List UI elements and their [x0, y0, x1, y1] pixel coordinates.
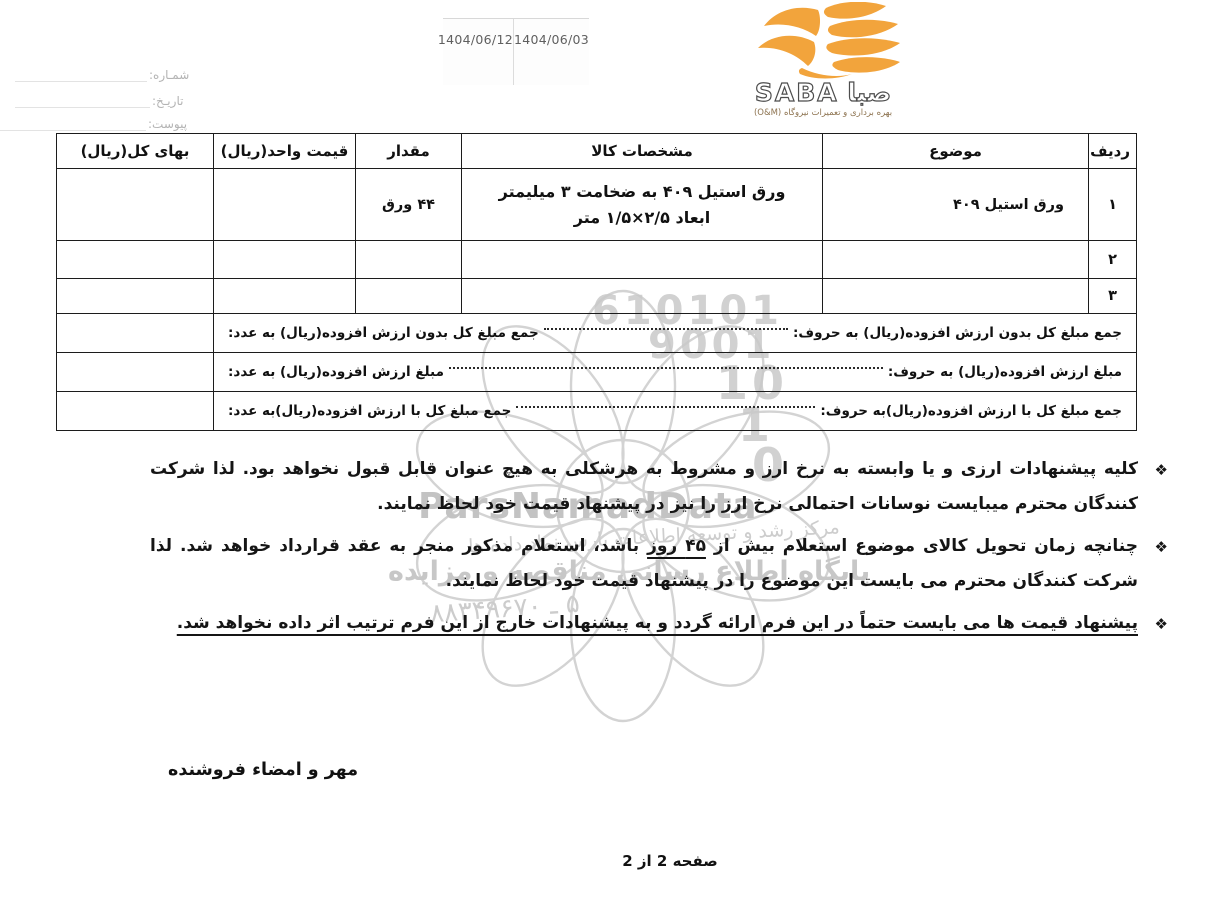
- note-currency-terms: ❖ کلیه پیشنهادات ارزی و یا وابسته به نرخ…: [150, 452, 1170, 522]
- sum-number-label: جمع مبلغ کل بدون ارزش افزوده(ریال) به عد…: [228, 325, 539, 341]
- diamond-bullet-icon: ❖: [1155, 453, 1168, 488]
- table-row: ۲: [57, 241, 1137, 279]
- subject-cell: [823, 279, 1089, 314]
- total-price-cell: [57, 241, 214, 279]
- qty-cell: [356, 241, 462, 279]
- saba-logo: صبا SABA بهره برداری و تعمیرات نیروگاه (…: [718, 2, 928, 118]
- unit-price-cell: [214, 241, 356, 279]
- saba-wings-icon: [738, 2, 908, 80]
- qty-cell: [356, 279, 462, 314]
- date-boxes: 1404/06/03 1404/06/12: [443, 18, 589, 85]
- summary-label-cell: جمع مبلغ کل بدون ارزش افزوده(ریال) به حر…: [214, 314, 1137, 353]
- sum-words-label: مبلغ ارزش افزوده(ریال) به حروف:: [888, 364, 1122, 380]
- sum-number-label: مبلغ ارزش افزوده(ریال) به عدد:: [228, 364, 444, 380]
- note-form-terms: ❖ پیشنهاد قیمت ها می بایست حتماً در این …: [150, 606, 1170, 641]
- col-subject: موضوع: [823, 134, 1089, 169]
- specs-cell: ورق استیل ۴۰۹ به ضخامت ۳ میلیمتر ابعاد ۲…: [462, 169, 823, 241]
- number-label: شمـاره:: [149, 68, 189, 82]
- saba-latin: SABA: [755, 78, 839, 107]
- summary-label-cell: مبلغ ارزش افزوده(ریال) به حروف: مبلغ ارز…: [214, 353, 1137, 392]
- date-cell-right: 1404/06/03: [513, 19, 589, 85]
- note-underlined: پیشنهاد قیمت ها می بایست حتماً در این فر…: [177, 613, 1138, 633]
- dotted-leader: [449, 367, 883, 369]
- total-price-cell: [57, 279, 214, 314]
- note-delivery-terms: ❖ چنانچه زمان تحویل کالای موضوع استعلام …: [150, 529, 1170, 599]
- summary-value-cell: [57, 353, 214, 392]
- unit-price-cell: [214, 279, 356, 314]
- specs-line2: ابعاد ۲/۵×۱/۵ متر: [468, 205, 816, 231]
- col-qty: مقدار: [356, 134, 462, 169]
- row-number-cell: ۱: [1089, 169, 1137, 241]
- unit-price-cell: [214, 169, 356, 241]
- total-price-cell: [57, 169, 214, 241]
- table-row: ۱ ورق استیل ۴۰۹ ورق استیل ۴۰۹ به ضخامت ۳…: [57, 169, 1137, 241]
- number-line: [15, 81, 147, 82]
- col-specs: مشخصات کالا: [462, 134, 823, 169]
- seller-signature-label: مهر و امضاء فروشنده: [168, 760, 358, 780]
- attachment-line: [0, 130, 146, 131]
- table-row: ۳: [57, 279, 1137, 314]
- register-block: شمـاره: تاريـخ: پیوست:: [0, 0, 230, 140]
- diamond-bullet-icon: ❖: [1155, 607, 1168, 642]
- sum-words-label: جمع مبلغ کل با ارزش افزوده(ریال)به حروف:: [820, 403, 1122, 419]
- saba-subtitle: بهره برداری و تعمیرات نیروگاه (O&M): [718, 108, 928, 118]
- sum-number-label: جمع مبلغ کل با ارزش افزوده(ریال)به عدد:: [228, 403, 511, 419]
- summary-row-with-vat: جمع مبلغ کل با ارزش افزوده(ریال)به حروف:…: [57, 392, 1137, 431]
- qty-cell: ۴۴ ورق: [356, 169, 462, 241]
- sum-words-label: جمع مبلغ کل بدون ارزش افزوده(ریال) به حر…: [793, 325, 1122, 341]
- specs-cell: [462, 279, 823, 314]
- subject-cell: [823, 241, 1089, 279]
- subject-cell: ورق استیل ۴۰۹: [823, 169, 1089, 241]
- note-text: کلیه پیشنهادات ارزی و یا وابسته به نرخ ا…: [150, 459, 1138, 514]
- note-text: چنانچه زمان تحویل کالای موضوع استعلام بی…: [706, 536, 1138, 556]
- dotted-leader: [516, 406, 815, 408]
- summary-value-cell: [57, 314, 214, 353]
- dotted-leader: [544, 328, 788, 330]
- page-number: صفحه 2 از 2: [570, 852, 770, 870]
- row-number-cell: ۳: [1089, 279, 1137, 314]
- document-page: 610101 9001 10 1 0 ParsNamadData مرکز رش…: [0, 0, 1213, 923]
- summary-value-cell: [57, 392, 214, 431]
- col-unit-price: قیمت واحد(ریال): [214, 134, 356, 169]
- col-row-number: ردیف: [1089, 134, 1137, 169]
- saba-wordmark: صبا SABA: [718, 78, 928, 107]
- attachment-label: پیوست:: [148, 117, 187, 131]
- date-label: تاريـخ:: [152, 94, 183, 108]
- date-cell-left: 1404/06/12: [438, 19, 513, 85]
- summary-label-cell: جمع مبلغ کل با ارزش افزوده(ریال)به حروف:…: [214, 392, 1137, 431]
- terms-notes: ❖ کلیه پیشنهادات ارزی و یا وابسته به نرخ…: [150, 452, 1170, 648]
- saba-arabic: صبا: [847, 78, 891, 107]
- summary-row-without-vat: جمع مبلغ کل بدون ارزش افزوده(ریال) به حر…: [57, 314, 1137, 353]
- row-number-cell: ۲: [1089, 241, 1137, 279]
- diamond-bullet-icon: ❖: [1155, 530, 1168, 565]
- specs-line1: ورق استیل ۴۰۹ به ضخامت ۳ میلیمتر: [468, 179, 816, 205]
- note-underlined: ۴۵ روز: [647, 536, 706, 556]
- summary-row-vat: مبلغ ارزش افزوده(ریال) به حروف: مبلغ ارز…: [57, 353, 1137, 392]
- specs-cell: [462, 241, 823, 279]
- date-line: [15, 107, 150, 108]
- items-table: ردیف موضوع مشخصات کالا مقدار قیمت واحد(ر…: [56, 133, 1137, 431]
